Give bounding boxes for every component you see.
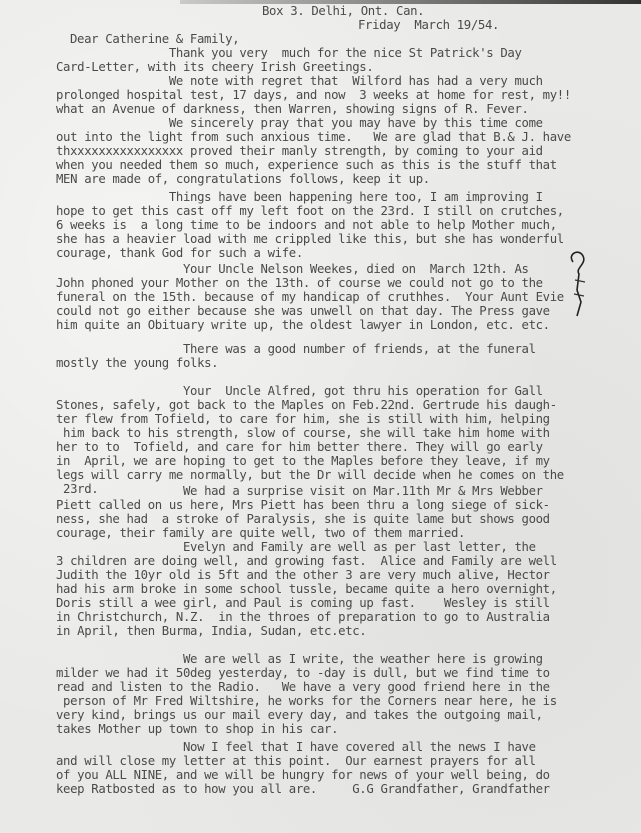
letter-line: 6 weeks is a long time to be indoors and… (56, 218, 557, 232)
letter-line: hope to get this cast off my left foot o… (56, 204, 564, 218)
letter-line: funeral on the 15th. because of my handi… (56, 290, 564, 304)
letter-line: ness, she had a stroke of Paralysis, she… (56, 512, 550, 526)
handwritten-mark-icon (565, 250, 595, 320)
letter-line: courage, thank God for such a wife. (56, 246, 303, 260)
letter-line: legs will carry me normally, but the Dr … (56, 468, 564, 482)
letter-line: had his arm broke in some school tussle,… (56, 582, 557, 596)
letter-line: in April, then Burma, India, Sudan, etc.… (56, 624, 366, 638)
letter-line: Your Uncle Alfred, got thru his operatio… (56, 384, 543, 398)
letter-line: she has a heavier load with me crippled … (56, 232, 564, 246)
letter-line: prolonged hospital test, 17 days, and no… (56, 88, 571, 102)
letter-line: very kind, brings us our mail every day,… (56, 708, 543, 722)
letter-line: We sincerely pray that you may have by t… (56, 116, 543, 130)
letter-page: Box 3. Delhi, Ont. Can. Friday March 19/… (0, 0, 641, 833)
salutation: Dear Catherine & Family, (70, 32, 239, 46)
letter-line: Card-Letter, with its cheery Irish Greet… (56, 60, 373, 74)
letter-line: There was a good number of friends, at t… (56, 342, 536, 356)
letter-line: courage, their family are quite well, tw… (56, 526, 465, 540)
letter-date: Friday March 19/54. (358, 18, 499, 32)
letter-line: Doris still a wee girl, and Paul is comi… (56, 596, 550, 610)
letter-line: her to to Tofield, and care for him bett… (56, 440, 543, 454)
letter-line: when you needed them so much, experience… (56, 158, 557, 172)
letter-line: out into the light from such anxious tim… (56, 130, 571, 144)
letter-line: John phoned your Mother on the 13th. of … (56, 276, 543, 290)
letter-line: Thank you very much for the nice St Patr… (56, 46, 522, 60)
letter-line: mostly the young folks. (56, 356, 218, 370)
letter-line: milder we had it 50deg yesterday, to -da… (56, 666, 550, 680)
sender-address: Box 3. Delhi, Ont. Can. (262, 4, 424, 18)
letter-line: ter flew from Tofield, to care for him, … (56, 412, 550, 426)
letter-line: of you ALL NINE, and we will be hungry f… (56, 768, 550, 782)
letter-line: Judith the 10yr old is 5ft and the other… (56, 568, 550, 582)
letter-line: 3 children are doing well, and growing f… (56, 554, 557, 568)
letter-line: what an Avenue of darkness, then Warren,… (56, 102, 529, 116)
letter-line: him back to his strength, slow of course… (56, 426, 550, 440)
letter-line: takes Mother up town to shop in his car. (56, 722, 338, 736)
letter-line: Now I feel that I have covered all the n… (56, 740, 536, 754)
letter-line: in April, we are hoping to get to the Ma… (56, 454, 550, 468)
letter-line: Things have been happening here too, I a… (56, 190, 543, 204)
letter-line: and will close my letter at this point. … (56, 754, 536, 768)
letter-line: Your Uncle Nelson Weekes, died on March … (56, 262, 529, 276)
letter-line: in Christchurch, N.Z. in the throes of p… (56, 610, 550, 624)
letter-line: read and listen to the Radio. We have a … (56, 680, 550, 694)
letter-line: Stones, safely, got back to the Maples o… (56, 398, 557, 412)
letter-line: MEN are made of, congratulations follows… (56, 172, 430, 186)
letter-line: We note with regret that Wilford has had… (56, 74, 543, 88)
letter-line: Evelyn and Family are well as per last l… (56, 540, 536, 554)
letter-line: We had a surprise visit on Mar.11th Mr &… (56, 484, 543, 498)
letter-line: We are well as I write, the weather here… (56, 652, 543, 666)
letter-line: Piett called on us here, Mrs Piett has b… (56, 498, 550, 512)
letter-line: could not go either because she was unwe… (56, 304, 550, 318)
letter-line: person of Mr Fred Wiltshire, he works fo… (56, 694, 557, 708)
letter-line: thxxxxxxxxxxxxxxxx proved their manly st… (56, 144, 543, 158)
letter-line: keep Ratbosted as to how you all are. G.… (56, 782, 550, 796)
letter-line: him quite an Obituary write up, the olde… (56, 318, 550, 332)
